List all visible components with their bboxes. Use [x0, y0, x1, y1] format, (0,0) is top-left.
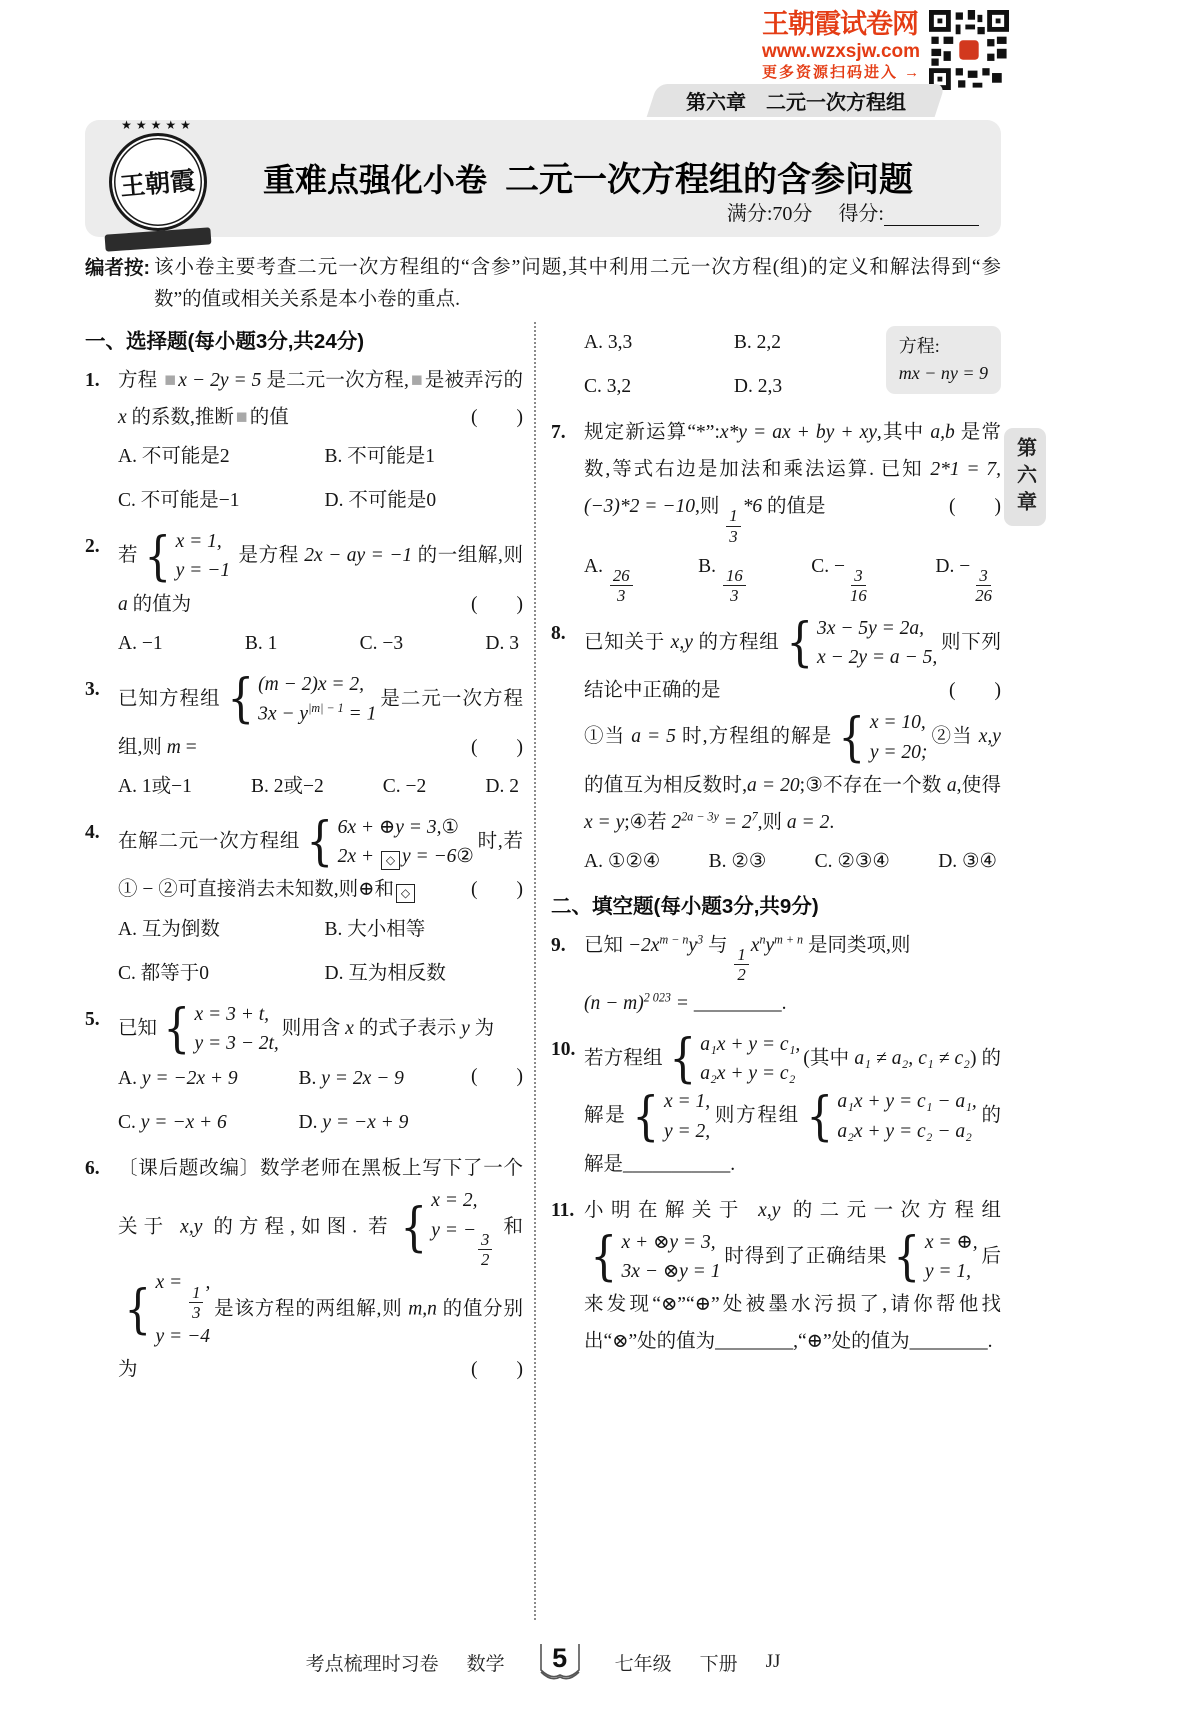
text-run: C. −3: [360, 633, 404, 654]
math-run: x − 2y = a − 5,: [817, 647, 937, 668]
text-run: _________.: [694, 993, 787, 1014]
question-columns: 一、选择题(每小题3分,共24分)1.方程 ■x − 2y = 5 是二元一次方…: [85, 322, 1001, 1620]
question-body: 若方程组{a₁x + y = c₁,a₂x + y = c₂(其中 a₁ ≠ a…: [584, 1031, 1001, 1183]
text-run: 规定新运算“*”:: [584, 422, 720, 443]
chapter-header-tab: 第六章 二元一次方程组: [647, 84, 946, 117]
equation-system: {x = 13,y = −4: [121, 1269, 210, 1351]
math-run: =: [671, 993, 694, 1014]
editor-note-label: 编者按:: [85, 252, 150, 316]
math-run: y = 1,: [925, 1261, 971, 1282]
question: 4.在解二元一次方程组{6x + ⊕y = 3,①2x + ◇y = −6②时,…: [85, 814, 523, 992]
fraction-denominator: 3: [614, 586, 628, 605]
math-run: x + ⊗y = 3,: [622, 1232, 716, 1253]
math-run: x = 10,: [870, 712, 926, 733]
equation-rows: x = 2,y = −32: [431, 1187, 494, 1269]
text-run: 是被弄污的: [425, 370, 523, 391]
question: 10.若方程组{a₁x + y = c₁,a₂x + y = c₂(其中 a₁ …: [551, 1031, 1001, 1183]
math-run: a,b: [930, 422, 954, 443]
option-item: A. 互为倒数: [118, 911, 317, 948]
text-run: D. 不可能是0: [325, 490, 437, 511]
math-run: *6: [743, 496, 763, 517]
option-item: D. 2,3: [734, 368, 876, 405]
brace-icon: {: [590, 1235, 617, 1280]
text-run: C. 不可能是−1: [118, 490, 240, 511]
text-run: 是该方程的两组解,则: [213, 1299, 408, 1320]
math-run: x =: [156, 1272, 188, 1293]
text-run: B.: [698, 556, 721, 577]
math-run: x,y: [671, 632, 693, 653]
badge-brand-name: 王朝霞: [119, 161, 197, 203]
text-run: 方程: [118, 370, 162, 391]
equation-row: x − 2y = a − 5,: [817, 644, 937, 672]
math-run: x = ⊕,: [925, 1232, 978, 1253]
text-run: C. −: [811, 556, 845, 577]
math-run: 2x − ay = −1: [304, 545, 412, 566]
question-number: 8.: [551, 615, 584, 652]
question-number: 6.: [85, 1150, 118, 1187]
equation-row: a₁x + y = c₁ − a₁,: [837, 1088, 976, 1116]
brace-icon: {: [894, 1235, 921, 1280]
equation-rows: a₁x + y = c₁ − a₁,a₂x + y = c₂ − a₂: [837, 1088, 976, 1146]
equation-system: {x = 2,y = −32: [397, 1187, 495, 1269]
question: 9.已知 −2xm − ny3 与 12xnym + n 是同类项,则(n − …: [551, 927, 1001, 1022]
page-title-prefix: 重难点强化小卷: [263, 162, 487, 198]
option-item: B. 2或−2: [251, 768, 324, 805]
option-item: B. ②③: [709, 843, 767, 880]
question-body: 已知关于 x,y 的方程组{3x − 5y = 2a,x − 2y = a − …: [584, 615, 1001, 880]
question-body: A. 3,3B. 2,2C. 3,2D. 2,3方程:mx − ny = 9: [584, 322, 1001, 405]
section-heading: 二、填空题(每小题3分,共9分): [551, 889, 1001, 919]
math-run: a = 20: [747, 775, 800, 796]
equation-system: {x = ⊕,y = 1,: [890, 1229, 977, 1287]
fraction-denominator: 3: [189, 1303, 203, 1322]
fraction: 13: [189, 1283, 203, 1323]
options-block: A. 不可能是2B. 不可能是1C. 不可能是−1D. 不可能是0: [118, 438, 523, 519]
text-run: 的值互为相反数时,: [584, 775, 747, 796]
option-item: A. −1: [118, 625, 163, 662]
question: 7.规定新运算“*”:x*y = ax + by + xy,其中 a,b 是常数…: [551, 414, 1001, 606]
math-run: x*y = ax + by + xy: [720, 422, 877, 443]
question-body: 〔课后题改编〕数学老师在黑板上写下了一个关于 x,y 的方程,如图. 若{x =…: [118, 1150, 523, 1388]
text-run: ,则: [758, 812, 787, 833]
text-run: 的值: [250, 407, 289, 428]
text-run: A.: [584, 556, 608, 577]
option-item: C. 3,2: [584, 368, 726, 405]
side-chapter-tab: 第六章: [1004, 428, 1046, 526]
math-run: 3x − y: [258, 704, 308, 725]
math-run: a: [947, 775, 957, 796]
chapter-header-label: 第六章 二元一次方程组: [686, 86, 906, 115]
brace-icon: {: [144, 535, 171, 580]
equation-rows: x + ⊗y = 3,3x − ⊗y = 1: [622, 1229, 721, 1287]
fraction: 32: [478, 1230, 492, 1270]
equation-system: {6x + ⊕y = 3,①2x + ◇y = −6②: [303, 814, 474, 872]
option-item: A. ①②④: [584, 843, 660, 880]
equation-row: x = 1,: [664, 1088, 710, 1116]
math-run: c₁ ≠ c₂: [918, 1048, 970, 1069]
equation-system: {a₁x + y = c₁ − a₁,a₂x + y = c₂ − a₂: [803, 1088, 977, 1146]
brand-block: 王朝霞试卷网 www.wzxsjw.com 更多资源扫码进入 →: [762, 10, 1009, 90]
text-run: 则用含: [282, 1018, 345, 1039]
fraction: 263: [610, 566, 633, 606]
math-run: x = 1,: [664, 1091, 710, 1112]
fraction-numerator: 3: [478, 1230, 492, 1250]
options-block: A. 3,3B. 2,2C. 3,2D. 2,3方程:mx − ny = 9: [584, 324, 1001, 405]
question-body: 在解二元一次方程组{6x + ⊕y = 3,①2x + ◇y = −6②时,若①…: [118, 814, 523, 992]
equation-row: 3x − y|m| − 1 = 1: [258, 700, 376, 729]
option-item: D. −326: [935, 548, 997, 606]
options-block: A. y = −2x + 9B. y = 2x − 9C. y = −x + 6…: [118, 1060, 471, 1141]
option-item: C. y = −x + 6: [118, 1104, 291, 1141]
equation-row: y = 3 − 2t,: [195, 1030, 279, 1058]
option-item: C. ②③④: [815, 843, 890, 880]
question: 11.小明在解关于 x,y 的二元一次方程组{x + ⊗y = 3,3x − ⊗…: [551, 1192, 1001, 1361]
text-run: D. 2,3: [734, 376, 782, 397]
equation-rows: 3x − 5y = 2a,x − 2y = a − 5,: [817, 615, 937, 673]
text-run: 是同类项,则: [803, 935, 910, 956]
full-score-label: 满分:70分: [727, 203, 813, 225]
options-grid: A. 互为倒数B. 大小相等C. 都等于0D. 互为相反数: [118, 911, 523, 992]
equation-row: y = 1,: [925, 1258, 978, 1286]
title-box: ★★★★★ 王朝霞 重难点强化小卷二元一次方程组的含参问题 满分:70分得分:: [85, 120, 1001, 237]
text-run: 则方程组: [713, 1106, 800, 1127]
equation-rows: x = 1,y = 2,: [664, 1088, 710, 1146]
text-run: C.: [118, 1112, 141, 1133]
page-footer: 考点梳理时习卷 数学 5 七年级 下册 JJ: [85, 1640, 1001, 1684]
text-run: A. 3,3: [584, 332, 632, 353]
math-run: 2: [672, 812, 682, 833]
fraction: 13: [726, 506, 740, 546]
footer-grade: 七年级: [615, 1649, 672, 1676]
equation-row: x = 13,: [156, 1269, 211, 1322]
text-run: C. −2: [383, 776, 427, 797]
math-run: a₁x + y = c₁ − a₁,: [837, 1091, 976, 1112]
note-line: 方程:: [899, 333, 988, 360]
option-item: A. 263: [584, 548, 635, 606]
text-run: 的式子表示: [354, 1018, 461, 1039]
math-run: 3x − ⊗y = 1: [622, 1261, 721, 1282]
text-run: ;③不存在一个数: [800, 775, 947, 796]
fraction-denominator: 2: [734, 965, 748, 984]
text-run: 的值为: [128, 594, 191, 615]
score-line: 满分:70分得分:: [727, 197, 979, 226]
options-grid: A. 263B. 163C. −316D. −326: [584, 548, 1001, 606]
text-run: D. −: [935, 556, 970, 577]
text-run: D. ③④: [938, 851, 997, 872]
option-item: D. 2: [485, 768, 519, 805]
text-run: B. 大小相等: [325, 919, 426, 940]
math-run: x = 1,: [176, 531, 222, 552]
text-run: A. 互为倒数: [118, 919, 220, 940]
equation-rows: 6x + ⊕y = 3,①2x + ◇y = −6②: [338, 814, 474, 872]
equation-row: y = 20;: [870, 739, 928, 767]
score-label: 得分:: [838, 203, 884, 225]
superscript: |m| − 1: [308, 701, 344, 715]
question-number: 11.: [551, 1192, 584, 1229]
option-item: D. y = −x + 9: [299, 1104, 472, 1141]
options-grid: A. −1B. 1C. −3D. 3: [118, 625, 523, 662]
question: 3.已知方程组{(m − 2)x = 2,3x − y|m| − 1 = 1是二…: [85, 671, 523, 805]
options-grid: A. 不可能是2B. 不可能是1C. 不可能是−1D. 不可能是0: [118, 438, 523, 519]
question-body: 若{x = 1,y = −1 是方程 2x − ay = −1 的一组解,则 a…: [118, 528, 523, 662]
math-run: x: [345, 1018, 354, 1039]
text-run: (其中: [803, 1048, 854, 1069]
equation-row: (m − 2)x = 2,: [258, 671, 376, 699]
text-run: 已知方程组: [118, 688, 221, 709]
question-body: 已知{x = 3 + t,y = 3 − 2t,则用含 x 的式子表示 y 为(…: [118, 1001, 523, 1142]
equation-row: a₂x + y = c₂: [700, 1060, 800, 1088]
equation-system: {(m − 2)x = 2,3x − y|m| − 1 = 1: [224, 671, 377, 729]
text-run: C. 都等于0: [118, 963, 209, 984]
math-run: a₁ ≠ a₂,: [854, 1048, 913, 1069]
text-run: D. 2: [485, 776, 519, 797]
math-run: (n − m): [584, 993, 644, 1014]
qr-code-icon: [929, 10, 1009, 90]
site-name: 王朝霞试卷网: [762, 10, 918, 40]
text-run: .: [829, 812, 834, 833]
math-run: = 1: [344, 704, 377, 725]
text-run: D. 3: [485, 633, 519, 654]
superscript: m + n: [774, 932, 803, 946]
fraction: 326: [972, 566, 995, 606]
option-item: B. 大小相等: [325, 911, 524, 948]
brace-icon: {: [806, 1095, 833, 1140]
equation-rows: a₁x + y = c₁,a₂x + y = c₂: [700, 1031, 800, 1089]
badge-stars-icon: ★★★★★: [95, 118, 221, 133]
option-item: D. ③④: [938, 843, 997, 880]
option-item: A. y = −2x + 9: [118, 1060, 291, 1097]
editor-note: 编者按: 该小卷主要考查二元一次方程组的“含参”问题,其中利用二元一次方程(组)…: [85, 252, 1001, 316]
option-item: B. 1: [245, 625, 278, 662]
question-body: 已知方程组{(m − 2)x = 2,3x − y|m| − 1 = 1是二元一…: [118, 671, 523, 805]
fraction-denominator: 16: [847, 586, 870, 605]
math-run: a = 2: [787, 812, 829, 833]
text-run: 的方程,如图. 若: [202, 1217, 393, 1238]
math-run: 6x + ⊕y = 3,①: [338, 817, 459, 838]
badge-circle: 王朝霞: [109, 133, 207, 231]
boxed-diamond-icon: ◇: [381, 851, 400, 870]
text-run: 小明在解关于: [584, 1200, 758, 1221]
superscript: 2 023: [644, 990, 671, 1004]
math-run: a₂x + y = c₂ − a₂: [837, 1121, 972, 1142]
math-run: y = −4: [156, 1326, 210, 1347]
superscript: m − n: [659, 932, 688, 946]
text-run: ②当: [930, 727, 978, 748]
text-run: ;④若: [624, 812, 671, 833]
answer-paren: ( ): [949, 488, 1001, 525]
answer-paren: ( ): [471, 1351, 523, 1388]
text-run: ,其中: [877, 422, 930, 443]
question-number: 3.: [85, 671, 118, 708]
text-run: 的值是: [762, 496, 825, 517]
fraction-numerator: 16: [723, 566, 746, 586]
math-run: x = y: [584, 812, 624, 833]
math-run: y = −x + 9: [322, 1112, 408, 1133]
page-number: 5: [552, 1643, 567, 1674]
question-number: 4.: [85, 814, 118, 851]
text-run: 是方程: [233, 545, 304, 566]
equation-row: y = −32: [431, 1217, 494, 1270]
text-run: 时,方程组的解是: [676, 727, 832, 748]
math-run: y = −x + 6: [141, 1112, 227, 1133]
text-run: 已知关于: [584, 632, 671, 653]
equation-rows: x = 10,y = 20;: [870, 709, 928, 767]
question-body: 规定新运算“*”:x*y = ax + by + xy,其中 a,b 是常数,等…: [584, 414, 1001, 606]
equation-row: x = 1,: [176, 528, 230, 556]
math-run: a = 5: [631, 727, 676, 748]
options-grid: A. y = −2x + 9B. y = 2x − 9C. y = −x + 6…: [118, 1060, 471, 1141]
equation-system: {a₁x + y = c₁,a₂x + y = c₂: [666, 1031, 800, 1089]
math-run: y = −2x + 9: [142, 1068, 238, 1089]
footer-volume: 下册: [700, 1649, 738, 1676]
question-number: 9.: [551, 927, 584, 964]
answer-paren: ( ): [471, 871, 523, 908]
site-url[interactable]: www.wzxsjw.com: [762, 40, 920, 64]
brand-text: 王朝霞试卷网 www.wzxsjw.com 更多资源扫码进入 →: [762, 10, 921, 83]
text-run: A. ①②④: [584, 851, 660, 872]
text-run: 时得到了正确结果: [723, 1246, 887, 1267]
brace-icon: {: [306, 820, 333, 865]
answer-paren: ( ): [471, 586, 523, 623]
math-run: x,y: [180, 1217, 202, 1238]
math-run: y: [461, 1018, 470, 1039]
fraction: 316: [847, 566, 870, 606]
math-run: a₂x + y = c₂: [700, 1063, 795, 1084]
math-run: 2x +: [338, 846, 379, 867]
options-grid: A. 1或−1B. 2或−2C. −2D. 2: [118, 768, 523, 805]
page-title: 重难点强化小卷二元一次方程组的含参问题: [263, 152, 913, 201]
text-run: B. 不可能是1: [325, 446, 436, 467]
text-run: B. ②③: [709, 851, 767, 872]
equation-rows: (m − 2)x = 2,3x − y|m| − 1 = 1: [258, 671, 376, 729]
math-run: x,y: [758, 1200, 780, 1221]
options-block: A. 互为倒数B. 大小相等C. 都等于0D. 互为相反数: [118, 911, 523, 992]
question: 1.方程 ■x − 2y = 5 是二元一次方程,■是被弄污的 x 的系数,推断…: [85, 362, 523, 519]
text-run: A. −1: [118, 633, 163, 654]
equation-rows: x = 3 + t,y = 3 − 2t,: [195, 1001, 279, 1059]
equation-system: {3x − 5y = 2a,x − 2y = a − 5,: [783, 615, 938, 673]
equation-note-box: 方程:mx − ny = 9: [886, 326, 1001, 394]
text-run: B. 1: [245, 633, 278, 654]
text-run: A. 不可能是2: [118, 446, 230, 467]
question-body: 方程 ■x − 2y = 5 是二元一次方程,■是被弄污的 x 的系数,推断■的…: [118, 362, 523, 519]
options-block: A. 1或−1B. 2或−2C. −2D. 2: [118, 768, 523, 805]
math-run: y = 2,: [664, 1121, 710, 1142]
text-run: 的一组解,则: [412, 545, 523, 566]
footer-series: 考点梳理时习卷: [306, 1649, 439, 1676]
brand-badge-logo: ★★★★★ 王朝霞: [95, 118, 221, 248]
option-item: A. 3,3: [584, 324, 726, 361]
fraction-denominator: 26: [972, 586, 995, 605]
fraction-numerator: 26: [610, 566, 633, 586]
text-run: 已知: [118, 1018, 157, 1039]
answer-paren: ( ): [471, 1058, 523, 1095]
footer-subject: 数学: [467, 1649, 505, 1676]
question-number: 7.: [551, 414, 584, 451]
math-run: m,n: [408, 1299, 437, 1320]
text-run: 的系数,推断: [127, 407, 234, 428]
fraction-numerator: 1: [734, 945, 748, 965]
text-run: 在解二元一次方程组: [118, 831, 300, 852]
option-item: C. 都等于0: [118, 955, 317, 992]
math-run: y = 3 − 2t,: [195, 1033, 279, 1054]
equation-row: a₂x + y = c₂ − a₂: [837, 1118, 976, 1146]
equation-system: {x + ⊗y = 3,3x − ⊗y = 1: [587, 1229, 720, 1287]
math-run: x: [118, 407, 127, 428]
equation-system: {x = 10,y = 20;: [835, 709, 927, 767]
equation-system: {x = 3 + t,y = 3 − 2t,: [160, 1001, 279, 1059]
math-run: y = −: [431, 1220, 476, 1241]
option-item: B. y = 2x − 9: [299, 1060, 472, 1097]
option-item: C. −3: [360, 625, 404, 662]
math-run: a₁x + y = c₁,: [700, 1034, 800, 1055]
question-number: 1.: [85, 362, 118, 399]
score-blank-line: [884, 204, 979, 226]
fraction-denominator: 3: [726, 527, 740, 546]
equation-row: y = 2,: [664, 1118, 710, 1146]
text-run: B. 2或−2: [251, 776, 324, 797]
page-number-badge: 5: [533, 1640, 587, 1684]
math-run: m: [167, 737, 181, 758]
question-number: 2.: [85, 528, 118, 565]
text-run: ①当: [584, 727, 631, 748]
text-run: ,使得: [957, 775, 1001, 796]
text-run: ,则: [695, 496, 724, 517]
math-run: x,y: [979, 727, 1001, 748]
fraction: 163: [723, 566, 746, 606]
option-item: B. 163: [698, 548, 748, 606]
math-run: y: [688, 935, 697, 956]
option-item: D. 3: [485, 625, 519, 662]
equation-system: {x = 1,y = 2,: [629, 1088, 710, 1146]
text-run: C. 3,2: [584, 376, 631, 397]
question-body: 小明在解关于 x,y 的二元一次方程组{x + ⊗y = 3,3x − ⊗y =…: [584, 1192, 1001, 1361]
note-line: mx − ny = 9: [899, 360, 988, 387]
equation-rows: x = 1,y = −1: [176, 528, 230, 586]
math-run: y = −1: [176, 560, 230, 581]
column-right: A. 3,3B. 2,2C. 3,2D. 2,3方程:mx − ny = 97.…: [536, 322, 1001, 1620]
math-run: y = −6②: [402, 846, 474, 867]
question-number: 10.: [551, 1031, 584, 1068]
text-run: 若: [118, 545, 138, 566]
column-left: 一、选择题(每小题3分,共24分)1.方程 ■x − 2y = 5 是二元一次方…: [85, 322, 534, 1620]
equation-rows: x = 13,y = −4: [156, 1269, 211, 1351]
covered-square-icon: ■: [164, 370, 176, 391]
text-run: =: [181, 737, 197, 758]
equation-rows: x = ⊕,y = 1,: [925, 1229, 978, 1287]
answer-paren: ( ): [471, 729, 523, 766]
fraction-numerator: 1: [189, 1283, 203, 1303]
footer-edition: JJ: [766, 1651, 781, 1673]
options-block: A. ①②④B. ②③C. ②③④D. ③④: [584, 843, 1001, 880]
math-run: ,: [205, 1272, 210, 1293]
section-heading: 一、选择题(每小题3分,共24分): [85, 324, 523, 354]
options-block: A. −1B. 1C. −3D. 3: [118, 625, 523, 662]
equation-row: 3x − ⊗y = 1: [622, 1258, 721, 1286]
brace-icon: {: [400, 1206, 427, 1251]
text-run: 的方程组: [693, 632, 780, 653]
badge-ribbon-icon: [105, 227, 212, 251]
text-run: D. 互为相反数: [325, 963, 446, 984]
page-title-main: 二元一次方程组的含参问题: [505, 161, 913, 199]
equation-row: a₁x + y = c₁,: [700, 1031, 800, 1059]
brace-icon: {: [669, 1037, 696, 1082]
text-run: A. 1或−1: [118, 776, 192, 797]
fraction-denominator: 2: [478, 1250, 492, 1269]
brace-icon: {: [839, 716, 866, 761]
text-run: 若方程组: [584, 1048, 663, 1069]
superscript: 2a − 3y: [681, 809, 719, 823]
